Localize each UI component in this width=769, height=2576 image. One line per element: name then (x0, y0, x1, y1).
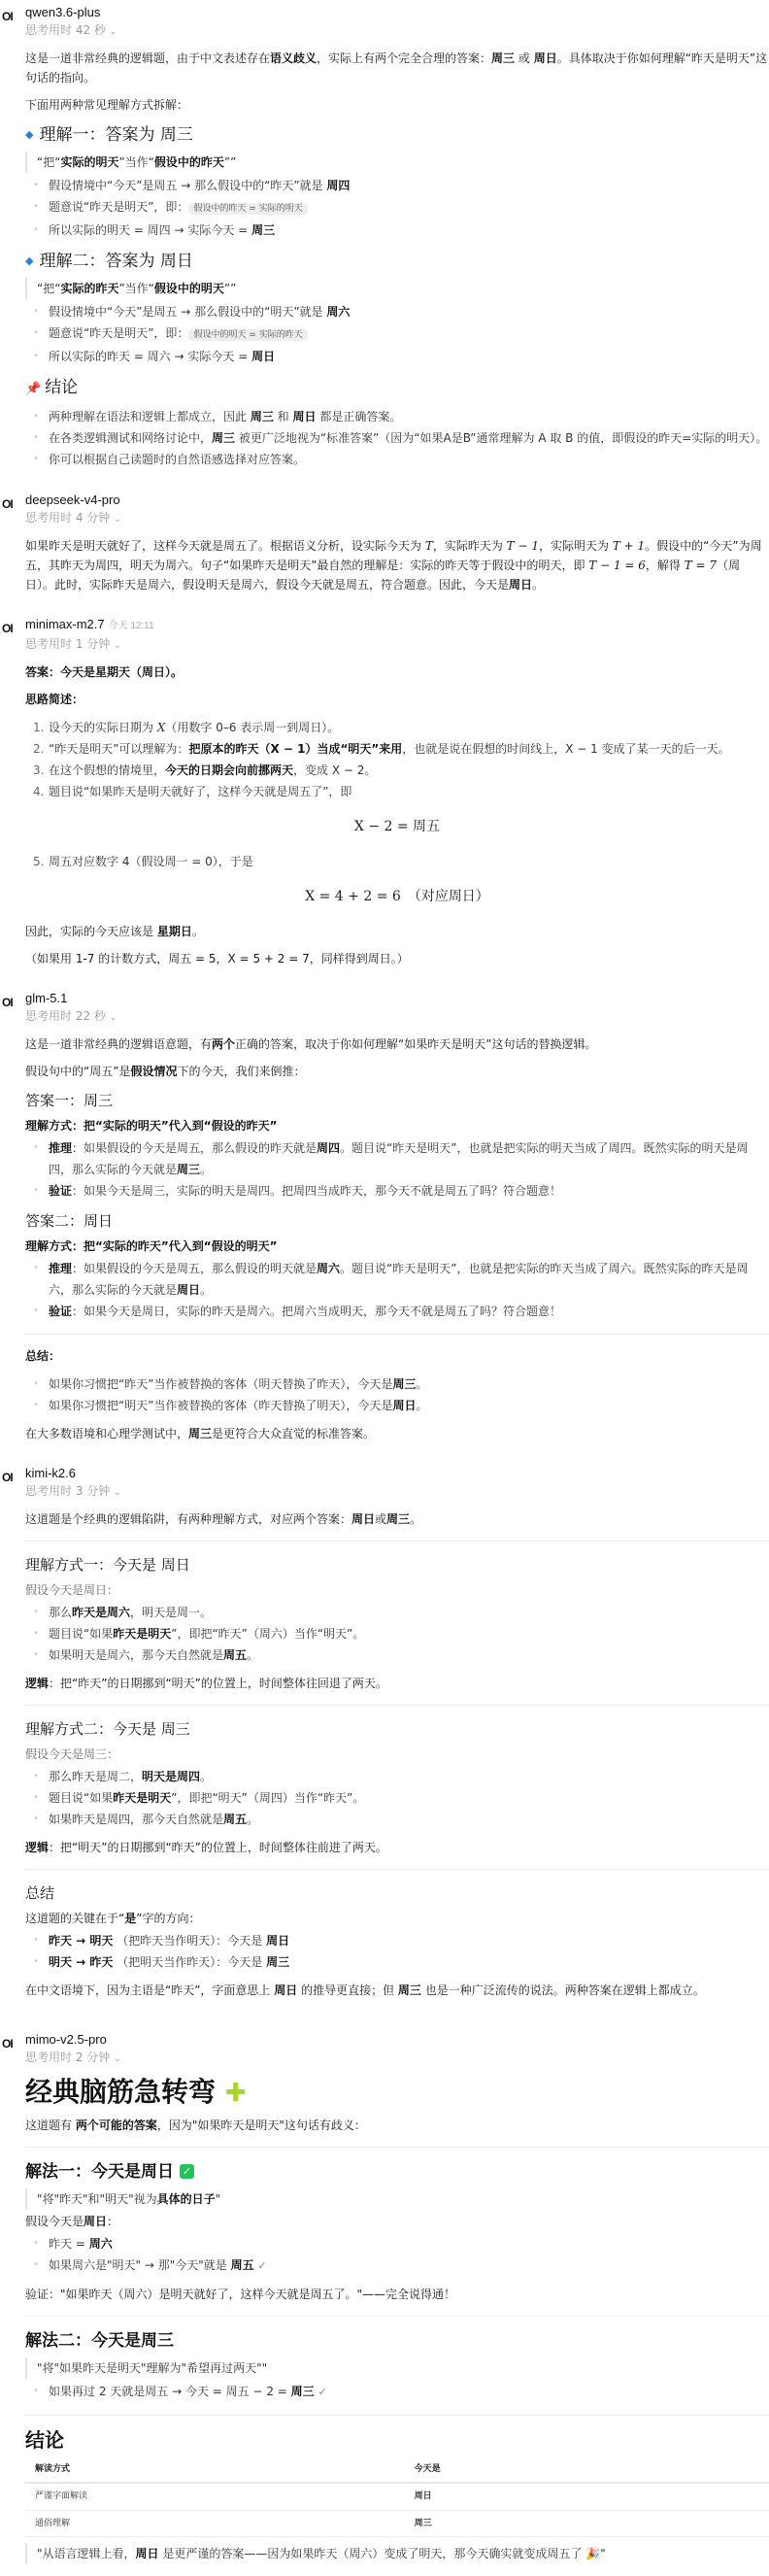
column-header: 解读方式 (25, 2457, 405, 2483)
table-header-row: 解读方式 今天是 (25, 2457, 769, 2483)
answer-paragraph: 如果昨天是明天就好了，这样今天就是周五了。根据语义分析，设实际今天为 T，实际昨… (25, 536, 769, 594)
answer-line: 答案：今天是星期天（周日）。 (25, 662, 769, 682)
logic-line: 逻辑：把“明天”的日期挪到“昨天”的位置上，时间整体往前进了两天。 (25, 1838, 769, 1857)
avatar: OI (2, 994, 13, 1012)
list-item: 假设情境中“今天”是周五 → 那么假设中的“明天”就是 周六 (25, 301, 769, 322)
bullet-list: 推理：如果假设的今天是周五，那么假设的明天就是周六。题目说“昨天是明天”，也就是… (25, 1258, 769, 1322)
section-heading: 📌结论 (25, 375, 769, 402)
table-cell: 通俗理解 (25, 2510, 405, 2536)
list-item: 题目说“如果昨天是明天”，即把“明天”（周四）当作“昨天”。 (25, 1787, 769, 1809)
avatar: OI (2, 2035, 13, 2053)
thought-toggle[interactable]: 思考用时 42 秒⌄ (25, 21, 117, 41)
list-item: 如果周六是"明天" → 那"今天"就是 周五 ✓ (25, 2254, 769, 2277)
pin-icon: 📌 (25, 382, 41, 396)
avatar: OI (2, 8, 13, 26)
list-item: 如果昨天是周四，那今天自然就是周五。 (25, 1809, 769, 1830)
thought-label: 思考用时 42 秒 (25, 23, 106, 37)
verify-line: 验证："如果昨天（周六）是明天就好了，这样今天就是周五了。"——完全说得通！ (25, 2285, 769, 2304)
chevron-down-icon: ⌄ (114, 641, 121, 651)
list-item: 在各类逻辑测试和网络讨论中，周三 被更广泛地视为“标准答案”（因为“如果A是B”… (25, 427, 769, 449)
list-item: 3.在这个假想的情境里，今天的日期会向前挪两天，变成 X − 2。 (25, 760, 769, 781)
table-row: 严谨字面解读 周日 (25, 2483, 769, 2510)
bullet-list: 推理：如果假设的今天是周五，那么假设的昨天就是周四。题目说“昨天是明天”，也就是… (25, 1137, 769, 1202)
list-item: 推理：如果假设的今天是周五，那么假设的明天就是周六。题目说“昨天是明天”，也就是… (25, 1258, 769, 1301)
section-heading: 理解方式一：今天是 周日 (25, 1553, 769, 1576)
thought-label: 思考用时 22 秒 (25, 1009, 106, 1023)
check-icon: ✓ (180, 2164, 194, 2179)
thought-toggle[interactable]: 思考用时 4 分钟⌄ (25, 509, 121, 528)
closing-quote: "从语言逻辑上看，周日 是更严谨的答案——因为如果昨天（周六）变成了明天，那今天… (25, 2543, 769, 2564)
message-mimo: OI mimo-v2.5-pro 思考用时 2 分钟⌄ 经典脑筋急转弯 ✚ 这道… (0, 2017, 769, 2576)
bullet-list: 那么昨天是周二，明天是周四。 题目说“如果昨天是明天”，即把“明天”（周四）当作… (25, 1766, 769, 1830)
blockquote: “把“实际的昨天”当作“假设中的明天”” (25, 278, 769, 299)
thought-label: 思考用时 2 分钟 (25, 2051, 110, 2064)
intro-paragraph: 这道题是个经典的逻辑陷阱，有两种理解方式，对应两个答案：周日或周三。 (25, 1509, 769, 1529)
section-heading: 解法二：今天是周三 (25, 2328, 769, 2354)
display-equation: X = 4 + 2 = 6 （对应周日） (25, 886, 769, 907)
list-item: 5.周五对应数字 4（假设周一 = 0），于是 (25, 851, 769, 872)
thought-toggle[interactable]: 思考用时 2 分钟⌄ (25, 2049, 121, 2068)
list-item: 1.设今天的实际日期为 X（用数字 0–6 表示周一到周日）。 (25, 717, 769, 738)
thought-label: 思考用时 4 分钟 (25, 511, 110, 525)
assumption: 假设今天是周日： (25, 1580, 769, 1600)
intro-paragraph: 这道题有 两个可能的答案，因为"如果昨天是明天"这句话有歧义： (25, 2116, 769, 2135)
divider (25, 2415, 769, 2416)
chevron-down-icon: ⌄ (110, 1013, 117, 1023)
list-item: 那么昨天是周六，明天是周一。 (25, 1602, 769, 1623)
blockquote: "将"昨天"和"明天"视为具体的日子" (25, 2188, 769, 2210)
list-item: 如果你习惯把“明天”当作被替换的客体（昨天替换了明天），今天是周日。 (25, 1395, 769, 1416)
divider (25, 1869, 769, 1870)
assumption: 假设今天是周日： (25, 2212, 769, 2231)
check-mark-icon: ✓ (318, 2386, 326, 2398)
final-paragraph: 在中文语境下，因为主语是“昨天”，字面意思上 周日 的推导更直接；但 周三 也是… (25, 1981, 769, 2000)
list-item: 昨天 → 明天 （把昨天当作明天）：今天是 周日 (25, 1930, 769, 1951)
page-title: 经典脑筋急转弯 ✚ (25, 2074, 769, 2112)
list-item: 题目说“如果昨天是明天”，即把“昨天”（周六）当作“明天”。 (25, 1623, 769, 1644)
section-heading: 解法一：今天是周日 ✓ (25, 2159, 769, 2185)
avatar: OI (2, 620, 13, 638)
lead-text: 下面用两种常见理解方式拆解： (25, 95, 769, 115)
model-name: mimo-v2.5-pro (25, 2031, 769, 2049)
divider (25, 1705, 769, 1706)
summary-lead: 这道题的关键在于“是”字的方向： (25, 1909, 769, 1928)
numbered-list: 5.周五对应数字 4（假设周一 = 0），于是 (25, 851, 769, 872)
list-item: 4.题目说“如果昨天是明天就好了，这样今天就是周五了”，即 (25, 781, 769, 802)
numbered-list: 1.设今天的实际日期为 X（用数字 0–6 表示周一到周日）。 2.“昨天是明天… (25, 717, 769, 802)
puzzle-icon: ✚ (225, 2079, 247, 2108)
bullet-list: 假设情境中“今天”是周五 → 那么假设中的“昨天”就是 周四 题意说“昨天是明天… (25, 175, 769, 241)
divider (25, 1541, 769, 1542)
list-item: 如果你习惯把“昨天”当作被替换的客体（明天替换了昨天），今天是周三。 (25, 1373, 769, 1395)
check-mark-icon: ✓ (257, 2259, 266, 2272)
list-item: 验证：如果今天是周三，实际的明天是周四。把周四当成昨天，那今天不就是周五了吗？符… (25, 1180, 769, 1202)
list-item: 如果再过 2 天就是周五 → 今天 = 周五 − 2 = 周三 ✓ (25, 2381, 769, 2403)
inline-code: 假设中的昨天 = 实际的明天 (188, 203, 307, 215)
bullet-list: 如果再过 2 天就是周五 → 今天 = 周五 − 2 = 周三 ✓ (25, 2381, 769, 2403)
model-name: glm-5.1 (25, 990, 769, 1007)
avatar: OI (2, 495, 13, 514)
list-item: 推理：如果假设的今天是周五，那么假设的昨天就是周四。题目说“昨天是明天”，也就是… (25, 1137, 769, 1180)
summary-heading: 总结： (25, 1346, 769, 1366)
model-name: minimax-m2.7今天 12:11 (25, 616, 769, 635)
timestamp: 今天 12:11 (109, 621, 154, 631)
bullet-list: 两种理解在语法和逻辑上都成立，因此 周三 和 周日 都是正确答案。 在各类逻辑测… (25, 406, 769, 470)
model-name: qwen3.6-plus (25, 4, 769, 21)
column-header: 今天是 (405, 2457, 769, 2483)
thought-toggle[interactable]: 思考用时 3 分钟⌄ (25, 1482, 121, 1502)
message-kimi: OI kimi-k2.6 思考用时 3 分钟⌄ 这道题是个经典的逻辑陷阱，有两种… (0, 1461, 769, 2017)
list-item: 所以实际的明天 = 周四 → 实际今天 = 周三 (25, 220, 769, 241)
message-deepseek: OI deepseek-v4-pro 思考用时 4 分钟⌄ 如果昨天是明天就好了… (0, 488, 769, 612)
bullet-list: 如果你习惯把“昨天”当作被替换的客体（明天替换了昨天），今天是周三。 如果你习惯… (25, 1373, 769, 1416)
intro-paragraph: 这是一道非常经典的逻辑题，由于中文表述存在语义歧义，实际上有两个完全合理的答案：… (25, 49, 769, 87)
chevron-down-icon: ⌄ (114, 515, 121, 525)
table-cell: 严谨字面解读 (25, 2483, 405, 2510)
message-qwen: OI qwen3.6-plus 思考用时 42 秒⌄ 这是一道非常经典的逻辑题，… (0, 0, 769, 488)
chevron-down-icon: ⌄ (114, 1488, 121, 1498)
list-item: 假设情境中“今天”是周五 → 那么假设中的“昨天”就是 周四 (25, 175, 769, 196)
section-heading: ◆理解二：答案为 周日 (25, 249, 769, 274)
assumption: 假设今天是周三： (25, 1745, 769, 1764)
list-item: 题意说“昨天是明天”，即：假设中的明天 = 实际的昨天 (25, 322, 769, 346)
section-heading: 答案一：周三 (25, 1089, 769, 1112)
table-cell: 周三 (405, 2510, 769, 2536)
message-glm: OI glm-5.1 思考用时 22 秒⌄ 这是一道非常经典的逻辑语意题，有两个… (0, 986, 769, 1461)
bullet-list: 昨天 = 周六 如果周六是"明天" → 那"今天"就是 周五 ✓ (25, 2233, 769, 2277)
list-item: 两种理解在语法和逻辑上都成立，因此 周三 和 周日 都是正确答案。 (25, 406, 769, 427)
section-heading: 结论 (25, 2427, 769, 2453)
section-heading: 答案二：周日 (25, 1209, 769, 1233)
note: （如果用 1-7 的计数方式，周五 = 5，X = 5 + 2 = 7，同样得到… (25, 949, 769, 968)
model-name: kimi-k2.6 (25, 1465, 769, 1482)
logic-line: 逻辑：把“昨天”的日期挪到“明天”的位置上，时间整体往回退了两天。 (25, 1674, 769, 1693)
chevron-down-icon: ⌄ (110, 27, 117, 37)
thought-label: 思考用时 1 分钟 (25, 637, 110, 651)
section-heading: 总结 (25, 1881, 769, 1905)
list-item: 那么昨天是周二，明天是周四。 (25, 1766, 769, 1787)
table-cell: 周日 (405, 2483, 769, 2510)
thought-toggle[interactable]: 思考用时 22 秒⌄ (25, 1007, 117, 1027)
list-item: 题意说“昨天是明天”，即：假设中的昨天 = 实际的明天 (25, 196, 769, 220)
blockquote: "将"如果昨天是明天"理解为"希望再过两天"" (25, 2357, 769, 2379)
conclusion: 因此，实际的今天应该是 星期日。 (25, 922, 769, 941)
section-heading: ◆理解一：答案为 周三 (25, 122, 769, 148)
final-paragraph: 在大多数语境和心理学测试中，周三是更符合大众直觉的标准答案。 (25, 1424, 769, 1443)
conclusion-table: 解读方式 今天是 严谨字面解读 周日 通俗理解 周三 (25, 2457, 769, 2537)
avatar: OI (2, 1469, 13, 1487)
bullet-list: 昨天 → 明天 （把昨天当作明天）：今天是 周日 明天 → 昨天 （把明天当作昨… (25, 1930, 769, 1973)
list-item: 明天 → 昨天 （把明天当作昨天）：今天是 周三 (25, 1951, 769, 1973)
diamond-icon: ◆ (25, 254, 33, 267)
divider (25, 1334, 769, 1335)
blockquote: “把“实际的明天”当作“假设中的昨天”” (25, 152, 769, 173)
thought-toggle[interactable]: 思考用时 1 分钟⌄ (25, 635, 121, 655)
inline-code: 假设中的明天 = 实际的昨天 (188, 329, 307, 341)
list-item: 昨天 = 周六 (25, 2233, 769, 2254)
model-name: deepseek-v4-pro (25, 491, 769, 509)
section-heading: 理解方式二：今天是 周三 (25, 1717, 769, 1741)
diamond-icon: ◆ (25, 128, 33, 141)
display-equation: X − 2 = 周五 (25, 816, 769, 837)
table-row: 通俗理解 周三 (25, 2510, 769, 2536)
subheading: 理解方式：把“实际的明天”代入到“假设的昨天” (25, 1116, 769, 1135)
bullet-list: 那么昨天是周六，明天是周一。 题目说“如果昨天是明天”，即把“昨天”（周六）当作… (25, 1602, 769, 1666)
list-item: 你可以根据自己读题时的自然语感选择对应答案。 (25, 449, 769, 470)
list-item: 如果明天是周六，那今天自然就是周五。 (25, 1644, 769, 1666)
message-minimax: OI minimax-m2.7今天 12:11 思考用时 1 分钟⌄ 答案：今天… (0, 612, 769, 986)
chevron-down-icon: ⌄ (114, 2054, 121, 2064)
list-item: 所以实际的昨天 = 周六 → 实际今天 = 周日 (25, 346, 769, 367)
bullet-list: 假设情境中“今天”是周五 → 那么假设中的“明天”就是 周六 题意说“昨天是明天… (25, 301, 769, 367)
intro-paragraph: 假设句中的“周五”是假设情况下的今天，我们来倒推： (25, 1062, 769, 1081)
divider (25, 2147, 769, 2148)
list-item: 2.“昨天是明天”可以理解为：把原本的昨天（X − 1）当成“明天”来用，也就是… (25, 738, 769, 760)
divider (25, 2316, 769, 2317)
thought-label: 思考用时 3 分钟 (25, 1484, 110, 1498)
intro-paragraph: 这是一道非常经典的逻辑语意题，有两个正确的答案，取决于你如何理解“如果昨天是明天… (25, 1034, 769, 1054)
subheading: 理解方式：把“实际的昨天”代入到“假设的明天” (25, 1237, 769, 1256)
outline-heading: 思路简述： (25, 690, 769, 709)
list-item: 验证：如果今天是周日，实际的昨天是周六。把周六当成明天，那今天不就是周五了吗？符… (25, 1301, 769, 1322)
